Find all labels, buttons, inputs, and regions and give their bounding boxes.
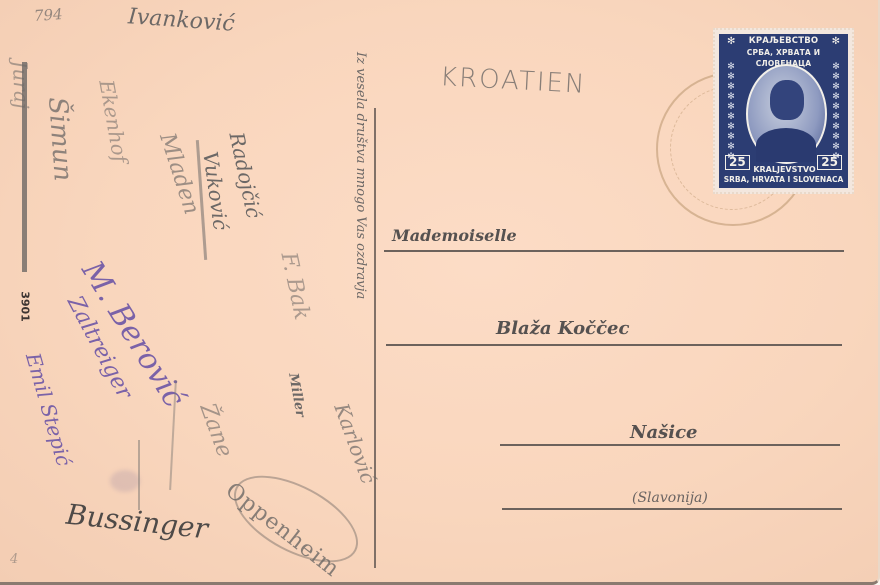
signature: Šimun [42, 96, 78, 182]
signature: Juraj [8, 60, 34, 109]
pencil-stroke [138, 440, 140, 510]
signature: Karlović [329, 400, 380, 487]
archive-number: 794 [33, 5, 63, 25]
address-line-2 [386, 344, 842, 346]
country-annotation: KROATIEN [439, 62, 587, 100]
address-line-3 [500, 444, 840, 446]
address-city: Našice [630, 422, 698, 443]
stamp-body: ✻ ✻ КРАЉЕВСТВО СРБА, ХРВАТА И СЛОВЕНАЦА … [719, 34, 848, 188]
signature: Miller [285, 372, 307, 418]
stamp-border-ornament: ✻✻✻✻✻✻✻✻✻✻ [828, 62, 844, 160]
vertical-message: Iz vesela društva mnogo Vas ozdravja [353, 52, 368, 432]
signature: Ekenhof [94, 78, 132, 165]
signature: Ivanković [127, 4, 235, 36]
address-region: (Slavonija) [632, 490, 708, 506]
stamp-footer-line2: SRBA, HRVATA I SLOVENACA [719, 175, 848, 185]
signature-loop [220, 458, 371, 580]
signature: F. Bak [276, 250, 315, 322]
postcard-back: 794 3901 KROATIEN Iz vesela društva mnog… [0, 0, 880, 585]
postage-stamp: ✻ ✻ КРАЉЕВСТВО СРБА, ХРВАТА И СЛОВЕНАЦА … [713, 28, 854, 194]
center-divider [374, 108, 376, 568]
address-line-4 [502, 508, 842, 510]
king-portrait [746, 64, 827, 164]
signature: Žane [195, 400, 238, 461]
signature: Emil Stepić [21, 350, 76, 469]
printed-number: 3901 [19, 287, 32, 327]
address-name: Blaža Koččec [496, 318, 629, 339]
address-line-1 [384, 250, 844, 252]
ink-smudge [110, 470, 140, 492]
portrait-shoulders [756, 128, 816, 162]
stamp-footer: KRALJEVSTVO SRBA, HRVATA I SLOVENACA [719, 165, 848, 185]
stamp-border-ornament: ✻✻✻✻✻✻✻✻✻✻ [723, 62, 739, 160]
address-salutation: Mademoiselle [392, 226, 517, 245]
portrait-head [770, 80, 804, 120]
stamp-header-line1: КРАЉЕВСТВО [719, 36, 848, 47]
signature: Radojčić [225, 130, 267, 220]
stamp-footer-line1: KRALJEVSTVO [719, 165, 848, 175]
pencil-mark: 4 [10, 552, 18, 567]
